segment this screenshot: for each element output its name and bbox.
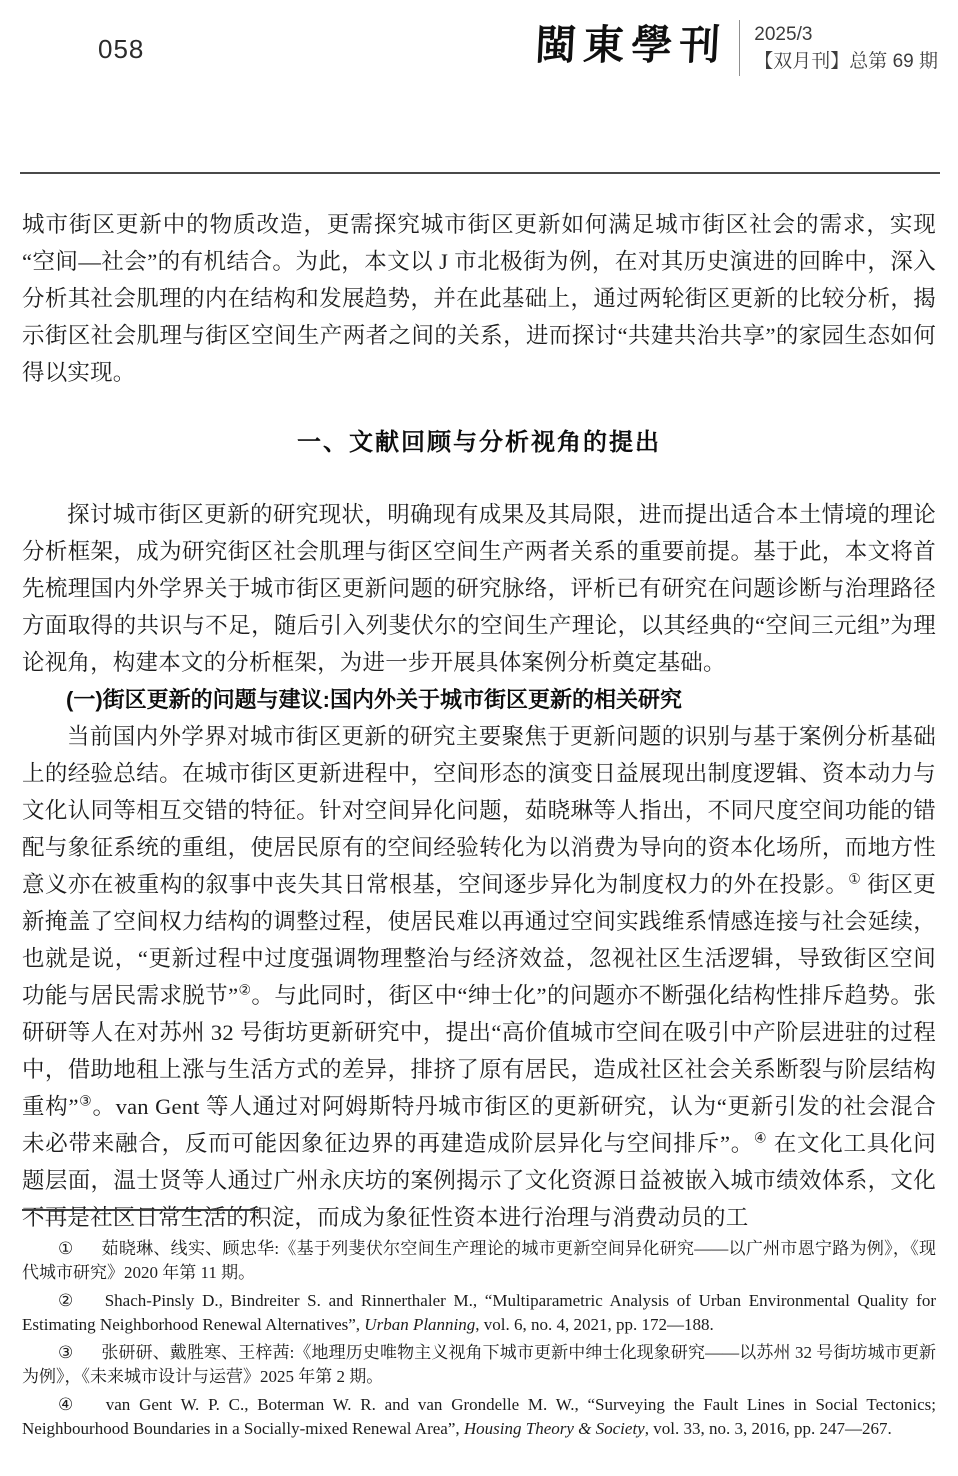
- footnote-1: ①茹晓琳、线实、顾忠华:《基于列斐伏尔空间生产理论的城市更新空间异化研究——以广…: [22, 1237, 936, 1286]
- footnote-text: 张研研、戴胜寒、王梓茜:《地理历史唯物主义视角下城市更新中绅士化现象研究——以苏…: [22, 1343, 936, 1387]
- footnotes-section: ①茹晓琳、线实、顾忠华:《基于列斐伏尔空间生产理论的城市更新空间异化研究——以广…: [22, 1209, 936, 1445]
- subsection-heading: (一)街区更新的问题与建议:国内外关于城市街区更新的相关研究: [22, 681, 936, 718]
- body-paragraph-1: 城市街区更新中的物质改造，更需探究城市街区更新如何满足城市街区社会的需求，实现“…: [22, 206, 936, 391]
- footnote-marker: ④: [58, 1395, 78, 1414]
- journal-logo: 閩東學刊: [534, 25, 728, 72]
- paragraph-text: 当前国内外学界对城市街区更新的研究主要聚焦于更新问题的识别与基于案例分析基础上的…: [22, 724, 936, 897]
- article-body: 城市街区更新中的物质改造，更需探究城市街区更新如何满足城市街区社会的需求，实现“…: [22, 206, 936, 1236]
- footnote-marker: ①: [58, 1239, 74, 1258]
- footnote-4: ④van Gent W. P. C., Boterman W. R. and v…: [22, 1393, 936, 1442]
- body-paragraph-2: 探讨城市街区更新的研究现状，明确现有成果及其局限，进而提出适合本土情境的理论分析…: [22, 496, 936, 681]
- footnote-text: , vol. 33, no. 3, 2016, pp. 247—267.: [645, 1419, 892, 1438]
- masthead-divider: [739, 20, 740, 76]
- footnote-2: ②Shach-Pinsly D., Bindreiter S. and Rinn…: [22, 1289, 936, 1338]
- masthead: 閩東學刊 2025/3 【双月刊】总第 69 期: [535, 20, 938, 76]
- footnote-3: ③张研研、戴胜寒、王梓茜:《地理历史唯物主义视角下城市更新中绅士化现象研究——以…: [22, 1341, 936, 1390]
- footnote-ref-3: ③: [79, 1095, 93, 1110]
- body-paragraph-3: 当前国内外学界对城市街区更新的研究主要聚焦于更新问题的识别与基于案例分析基础上的…: [22, 718, 936, 1236]
- footnote-marker: ②: [58, 1291, 77, 1310]
- section-heading: 一、文献回顾与分析视角的提出: [22, 422, 936, 457]
- footnote-ref-1: ①: [848, 873, 861, 888]
- journal-title-italic: Urban Planning: [364, 1315, 475, 1334]
- issue-detail: 【双月刊】总第 69 期: [754, 48, 938, 75]
- journal-title-italic: Housing Theory & Society: [464, 1419, 645, 1438]
- footnote-ref-4: ④: [754, 1132, 767, 1147]
- page-number: 058: [98, 34, 144, 65]
- footnote-text: , vol. 6, no. 4, 2021, pp. 172—188.: [475, 1315, 713, 1334]
- footnote-marker: ③: [58, 1343, 73, 1362]
- issue-year: 2025/3: [754, 21, 938, 48]
- issue-info: 2025/3 【双月刊】总第 69 期: [754, 21, 938, 75]
- journal-page: 058 閩東學刊 2025/3 【双月刊】总第 69 期 城市街区更新中的物质改…: [0, 0, 958, 1476]
- footnote-divider: [22, 1209, 259, 1211]
- footnote-text: 茹晓琳、线实、顾忠华:《基于列斐伏尔空间生产理论的城市更新空间异化研究——以广州…: [22, 1239, 936, 1283]
- footnote-ref-2: ②: [238, 984, 251, 999]
- header-rule: [20, 172, 940, 174]
